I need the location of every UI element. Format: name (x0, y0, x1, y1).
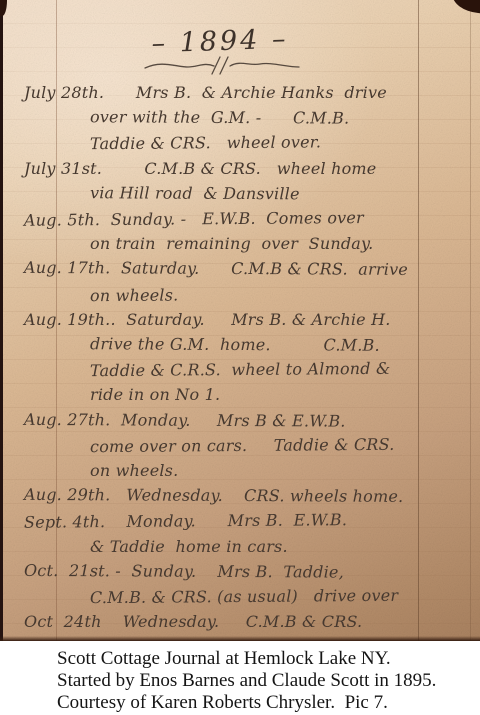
photo-caption: Scott Cottage Journal at Hemlock Lake NY… (0, 641, 480, 715)
journal-line: drive the G.M. home. C.M.B. (0, 331, 480, 359)
journal-photo: – 1894 – July 28th. Mrs B. & Archie Hank… (0, 0, 480, 641)
photo-corner-mark-top-right (451, 0, 480, 14)
journal-line: Taddie & CRS. wheel over. (0, 129, 480, 158)
journal-line: over with the G.M. - C.M.B. (0, 104, 480, 132)
journal-line: via Hill road & Dansville (0, 180, 480, 208)
journal-line: Aug. 19th.. Saturday. Mrs B. & Archie H. (0, 307, 480, 332)
journal-line: Oct 24th Wednesday. C.M.B & CRS. (0, 609, 480, 634)
journal-line: on train remaining over Sunday. (0, 231, 480, 256)
journal-line: Aug. 27th. Monday. Mrs B & E.W.B. (0, 406, 480, 434)
journal-line: Oct. 21st. - Sunday. Mrs B. Taddie, (0, 558, 480, 586)
photo-edge-left (0, 0, 3, 641)
caption-line: Scott Cottage Journal at Hemlock Lake NY… (57, 648, 470, 670)
journal-line: C.M.B. & CRS. (as usual) drive over (0, 582, 480, 611)
journal-line: & Taddie home in cars. (0, 534, 480, 559)
journal-line: on wheels. (0, 458, 480, 483)
journal-line: ride in on No 1. (0, 382, 480, 407)
journal-line: come over on cars. Taddie & CRS. (0, 431, 480, 460)
photo-corner-mark-top-left (0, 0, 7, 16)
journal-line: Sept. 4th. Monday. Mrs B. E.W.B. (0, 507, 480, 536)
caption-line: Started by Enos Barnes and Claude Scott … (57, 670, 470, 692)
caption-line: Courtesy of Karen Roberts Chrysler. Pic … (57, 692, 470, 714)
journal-line: July 31st. C.M.B & CRS. wheel home (0, 156, 480, 181)
journal-line: Aug. 17th. Saturday. C.M.B & CRS. arrive (0, 255, 480, 283)
journal-line: Aug. 5th. Sunday. - E.W.B. Comes over (0, 204, 480, 233)
journal-entries: July 28th. Mrs B. & Archie Hanks driveov… (0, 80, 480, 634)
journal-line: Aug. 29th. Wednesday. CRS. wheels home. (0, 482, 480, 510)
journal-line: Taddie & C.R.S. wheel to Almond & (0, 355, 480, 384)
journal-line: July 28th. Mrs B. & Archie Hanks drive (0, 80, 480, 105)
screenshot: – 1894 – July 28th. Mrs B. & Archie Hank… (0, 0, 480, 715)
title-flourish (142, 54, 302, 78)
journal-line: on wheels. (0, 280, 480, 309)
